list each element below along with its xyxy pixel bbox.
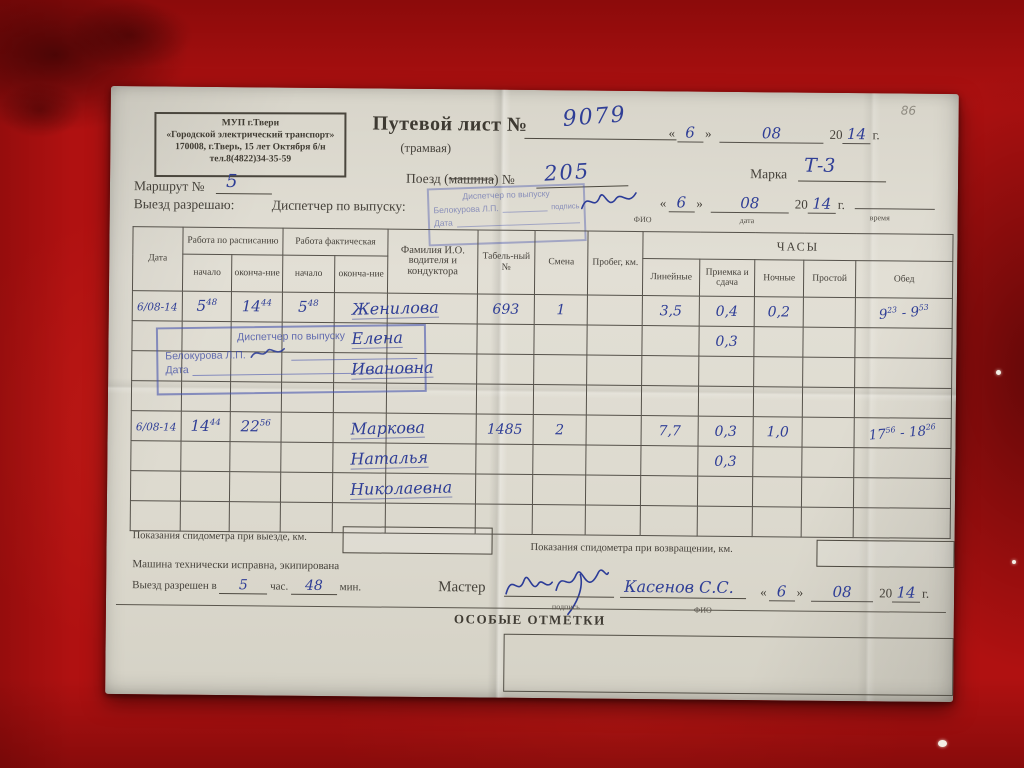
col-header-linear: Линейные xyxy=(642,259,699,297)
brand-label: Марка xyxy=(750,166,787,182)
date-caption: дата xyxy=(740,216,755,225)
quote-open: « xyxy=(758,584,769,600)
table-cell: 693 xyxy=(477,294,534,325)
table-cell xyxy=(753,447,802,477)
table-cell xyxy=(534,355,587,386)
table-cell xyxy=(855,358,952,389)
table-cell: Женилова xyxy=(387,293,477,324)
table-cell xyxy=(229,502,280,532)
table-cell xyxy=(585,505,640,536)
table-cell: 0,3 xyxy=(699,326,754,357)
org-type: «Городской электрический транспорт» xyxy=(156,129,344,141)
date-month: 08 xyxy=(719,124,823,144)
table-cell: 1485 xyxy=(476,414,533,445)
table-cell xyxy=(640,506,697,537)
master-date-field: « 6 » 08 20 14 г. xyxy=(758,582,931,603)
table-cell xyxy=(181,441,230,471)
number-underline xyxy=(524,138,676,140)
col-header-acceptance: Приемка и сдача xyxy=(699,259,754,297)
train-label-struck: машина xyxy=(449,171,494,186)
table-cell: 548 xyxy=(182,291,231,321)
quote-close: » xyxy=(694,196,705,212)
table-cell xyxy=(801,477,853,507)
col-header-date: Дата xyxy=(132,227,183,291)
col-header-end: оконча-ние xyxy=(231,255,282,292)
col-header-start: начало xyxy=(182,254,231,291)
master-name-line xyxy=(620,579,746,599)
table-cell xyxy=(280,472,332,502)
table-cell: 0,3 xyxy=(698,416,753,447)
table-cell xyxy=(332,503,385,534)
stamp-name: Белокурова Л.П. xyxy=(433,203,498,215)
stamp-name: Белокурова Л.П. xyxy=(165,349,246,362)
table-cell xyxy=(280,502,332,532)
date-day: 6 xyxy=(769,582,795,601)
stamp-signature-line xyxy=(292,348,418,361)
org-phone: тел.8(4822)34-35-59 xyxy=(156,153,344,165)
sign-caption: подпись xyxy=(552,602,580,611)
date-century: 20 xyxy=(795,197,808,213)
pencil-note: 86 xyxy=(901,104,916,118)
table-cell xyxy=(854,448,951,479)
dust-speck xyxy=(1012,560,1016,564)
table-cell xyxy=(586,415,641,446)
table-cell: 6/08-14 xyxy=(132,291,182,321)
col-header-name: Фамилия И.О. водителя и кондуктора xyxy=(387,229,478,294)
dispatcher-stamp: Диспетчер по выпуску Белокурова Л.П. Дат… xyxy=(156,324,427,396)
speed-return-label: Показания спидометра при возвращении, км… xyxy=(530,542,732,555)
permit-min: 48 xyxy=(305,578,323,594)
table-cell: 2 xyxy=(533,415,586,446)
table-cell xyxy=(534,325,587,356)
table-cell xyxy=(130,471,180,501)
table-cell xyxy=(802,447,854,477)
dispatcher-label: Диспетчер по выпуску: xyxy=(272,197,406,214)
stamp-date-line xyxy=(193,362,418,376)
table-cell xyxy=(180,501,229,531)
table-cell xyxy=(131,441,181,471)
table-cell: 6/08-14 xyxy=(131,411,181,441)
table-cell xyxy=(853,478,950,509)
table-cell xyxy=(475,474,532,505)
date-suffix: г. xyxy=(870,127,881,143)
train-label-pre: Поезд ( xyxy=(406,171,449,186)
table-cell xyxy=(642,356,699,387)
stamp-signature-line xyxy=(502,200,547,213)
table-cell: 0,4 xyxy=(699,296,754,327)
waybill-document: МУП г.Твери «Городской электрический тра… xyxy=(105,86,959,702)
waybill-number: 9079 xyxy=(562,102,628,132)
table-cell: 1444 xyxy=(181,411,230,441)
table-cell xyxy=(642,326,699,357)
table-cell xyxy=(697,506,752,537)
quote-open: « xyxy=(658,195,669,211)
org-name: МУП г.Твери xyxy=(156,117,344,129)
min-caption: мин. xyxy=(340,581,362,593)
table-cell xyxy=(803,297,855,327)
date-month: 08 xyxy=(711,194,789,214)
table-cell xyxy=(803,327,855,357)
table-cell xyxy=(585,475,640,506)
table-cell xyxy=(698,386,753,417)
table-cell xyxy=(476,444,533,475)
quote-close: » xyxy=(795,585,806,601)
table-cell xyxy=(586,385,641,416)
col-header-mileage: Пробег, км. xyxy=(587,231,643,296)
table-cell xyxy=(229,472,280,502)
brand-underline xyxy=(798,161,886,183)
table-cell xyxy=(753,387,802,417)
table-cell xyxy=(532,475,585,506)
table-cell xyxy=(754,327,803,357)
table-cell xyxy=(477,324,534,355)
table-cell xyxy=(281,442,333,472)
col-header-night: Ночные xyxy=(754,260,803,297)
permit-hour-line: 5 xyxy=(219,577,267,594)
date-suffix: г. xyxy=(920,586,931,602)
table-cell xyxy=(385,503,475,534)
date-year: 14 xyxy=(808,195,836,214)
speed-return-box xyxy=(816,540,954,568)
stamp-date-label: Дата xyxy=(434,218,453,229)
document-title: Путевой лист № xyxy=(372,112,527,136)
stamp-title: Диспетчер по выпуску xyxy=(165,329,417,344)
table-cell: Николаевна xyxy=(385,473,475,504)
table-cell xyxy=(533,445,586,476)
stamp-sign-label: подпись xyxy=(551,201,580,211)
header-date-field: « 6 » 08 20 14 г. xyxy=(666,123,881,144)
table-cell xyxy=(587,355,642,386)
table-cell xyxy=(180,471,229,501)
hour-caption: час. xyxy=(270,580,288,592)
special-marks-box xyxy=(503,634,954,696)
table-cell xyxy=(754,357,803,387)
table-cell xyxy=(699,356,754,387)
table-cell xyxy=(697,476,752,507)
time-blank-line xyxy=(855,208,935,210)
stamp-date-line xyxy=(457,212,580,227)
organization-stamp: МУП г.Твери «Городской электрический тра… xyxy=(154,112,346,178)
table-cell xyxy=(533,385,586,416)
date-day: 6 xyxy=(677,123,703,142)
table-cell xyxy=(641,386,698,417)
col-header-actual: Работа фактическая xyxy=(283,228,388,256)
stamp-signature xyxy=(250,345,288,361)
table-cell xyxy=(532,505,585,536)
route-label: Маршрут № xyxy=(134,178,205,195)
dispatch-date-field: « 6 » 08 20 14 г. xyxy=(658,193,935,215)
table-cell: 1756 - 1826 xyxy=(854,418,951,449)
date-century: 20 xyxy=(879,585,892,601)
date-year: 14 xyxy=(892,583,920,602)
quote-close: » xyxy=(703,126,714,142)
table-cell xyxy=(475,504,532,535)
time-caption: время xyxy=(870,213,890,222)
table-cell: 923 - 953 xyxy=(855,298,952,329)
tech-ok-label: Машина технически исправна, экипирована xyxy=(132,558,339,572)
document-subtitle: (трамвая) xyxy=(400,141,451,156)
permit-min-line: 48 xyxy=(291,578,337,595)
dust-speck xyxy=(938,740,947,747)
table-cell xyxy=(803,357,855,387)
table-cell: 548 xyxy=(282,292,334,322)
table-cell xyxy=(230,442,281,472)
table-cell xyxy=(641,446,698,477)
dust-speck xyxy=(996,370,1001,375)
master-sign-line xyxy=(504,578,614,598)
table-cell xyxy=(752,507,801,537)
table-cell xyxy=(640,476,697,507)
table-cell: 2256 xyxy=(230,412,281,442)
table-cell: Маркова xyxy=(386,413,476,444)
table-cell: 1 xyxy=(534,295,587,326)
date-month: 08 xyxy=(811,583,873,603)
col-header-idle: Простой xyxy=(803,260,855,297)
table-cell xyxy=(130,501,180,531)
exit-permit-line: Выезд разрешен в 5 час. 48 мин. xyxy=(132,576,361,595)
table-cell xyxy=(802,417,854,447)
permit-label: Выезд разрешаю: xyxy=(134,196,235,213)
table-cell: 0,2 xyxy=(754,297,803,327)
table-cell xyxy=(855,328,952,359)
table-cell: 3,5 xyxy=(642,296,699,327)
col-header-shift: Смена xyxy=(534,231,588,296)
table-cell xyxy=(853,508,950,539)
dispatcher-signature xyxy=(578,186,640,217)
route-underline xyxy=(216,173,272,195)
stamp-date-label: Дата xyxy=(165,364,188,376)
quote-open: « xyxy=(666,125,677,141)
table-cell xyxy=(752,477,801,507)
master-label: Мастер xyxy=(438,579,486,596)
col-header-end: оконча-ние xyxy=(334,256,387,294)
table-cell xyxy=(802,387,854,417)
col-header-lunch: Обед xyxy=(855,261,952,299)
date-day: 6 xyxy=(668,193,694,212)
photo-background: МУП г.Твери «Городской электрический тра… xyxy=(0,0,1024,768)
col-header-scheduled: Работа по расписанию xyxy=(183,227,283,255)
table-cell xyxy=(587,295,642,326)
date-year: 14 xyxy=(842,125,870,144)
date-century: 20 xyxy=(829,127,842,143)
date-suffix: г. xyxy=(836,197,847,213)
permit-text: Выезд разрешен в xyxy=(132,579,217,592)
table-cell xyxy=(801,507,853,537)
table-cell xyxy=(586,445,641,476)
col-header-badge: Табель-ный № xyxy=(477,230,535,295)
table-cell: 1,0 xyxy=(753,417,802,447)
table-cell xyxy=(587,325,642,356)
table-cell: 7,7 xyxy=(641,416,698,447)
permit-hour: 5 xyxy=(239,577,248,593)
table-cell xyxy=(476,384,533,415)
org-address: 170008, г.Тверь, 15 лет Октября б/н xyxy=(156,141,344,153)
table-cell: Наталья xyxy=(386,443,476,474)
col-header-start: начало xyxy=(282,255,334,292)
fio-caption: ФИО xyxy=(634,215,652,224)
table-cell xyxy=(477,354,534,385)
table-cell: 0,3 xyxy=(698,446,753,477)
table-cell: 1444 xyxy=(231,292,282,322)
table-cell xyxy=(281,412,333,442)
col-header-hours: ЧАСЫ xyxy=(643,232,953,262)
table-cell xyxy=(854,388,951,419)
